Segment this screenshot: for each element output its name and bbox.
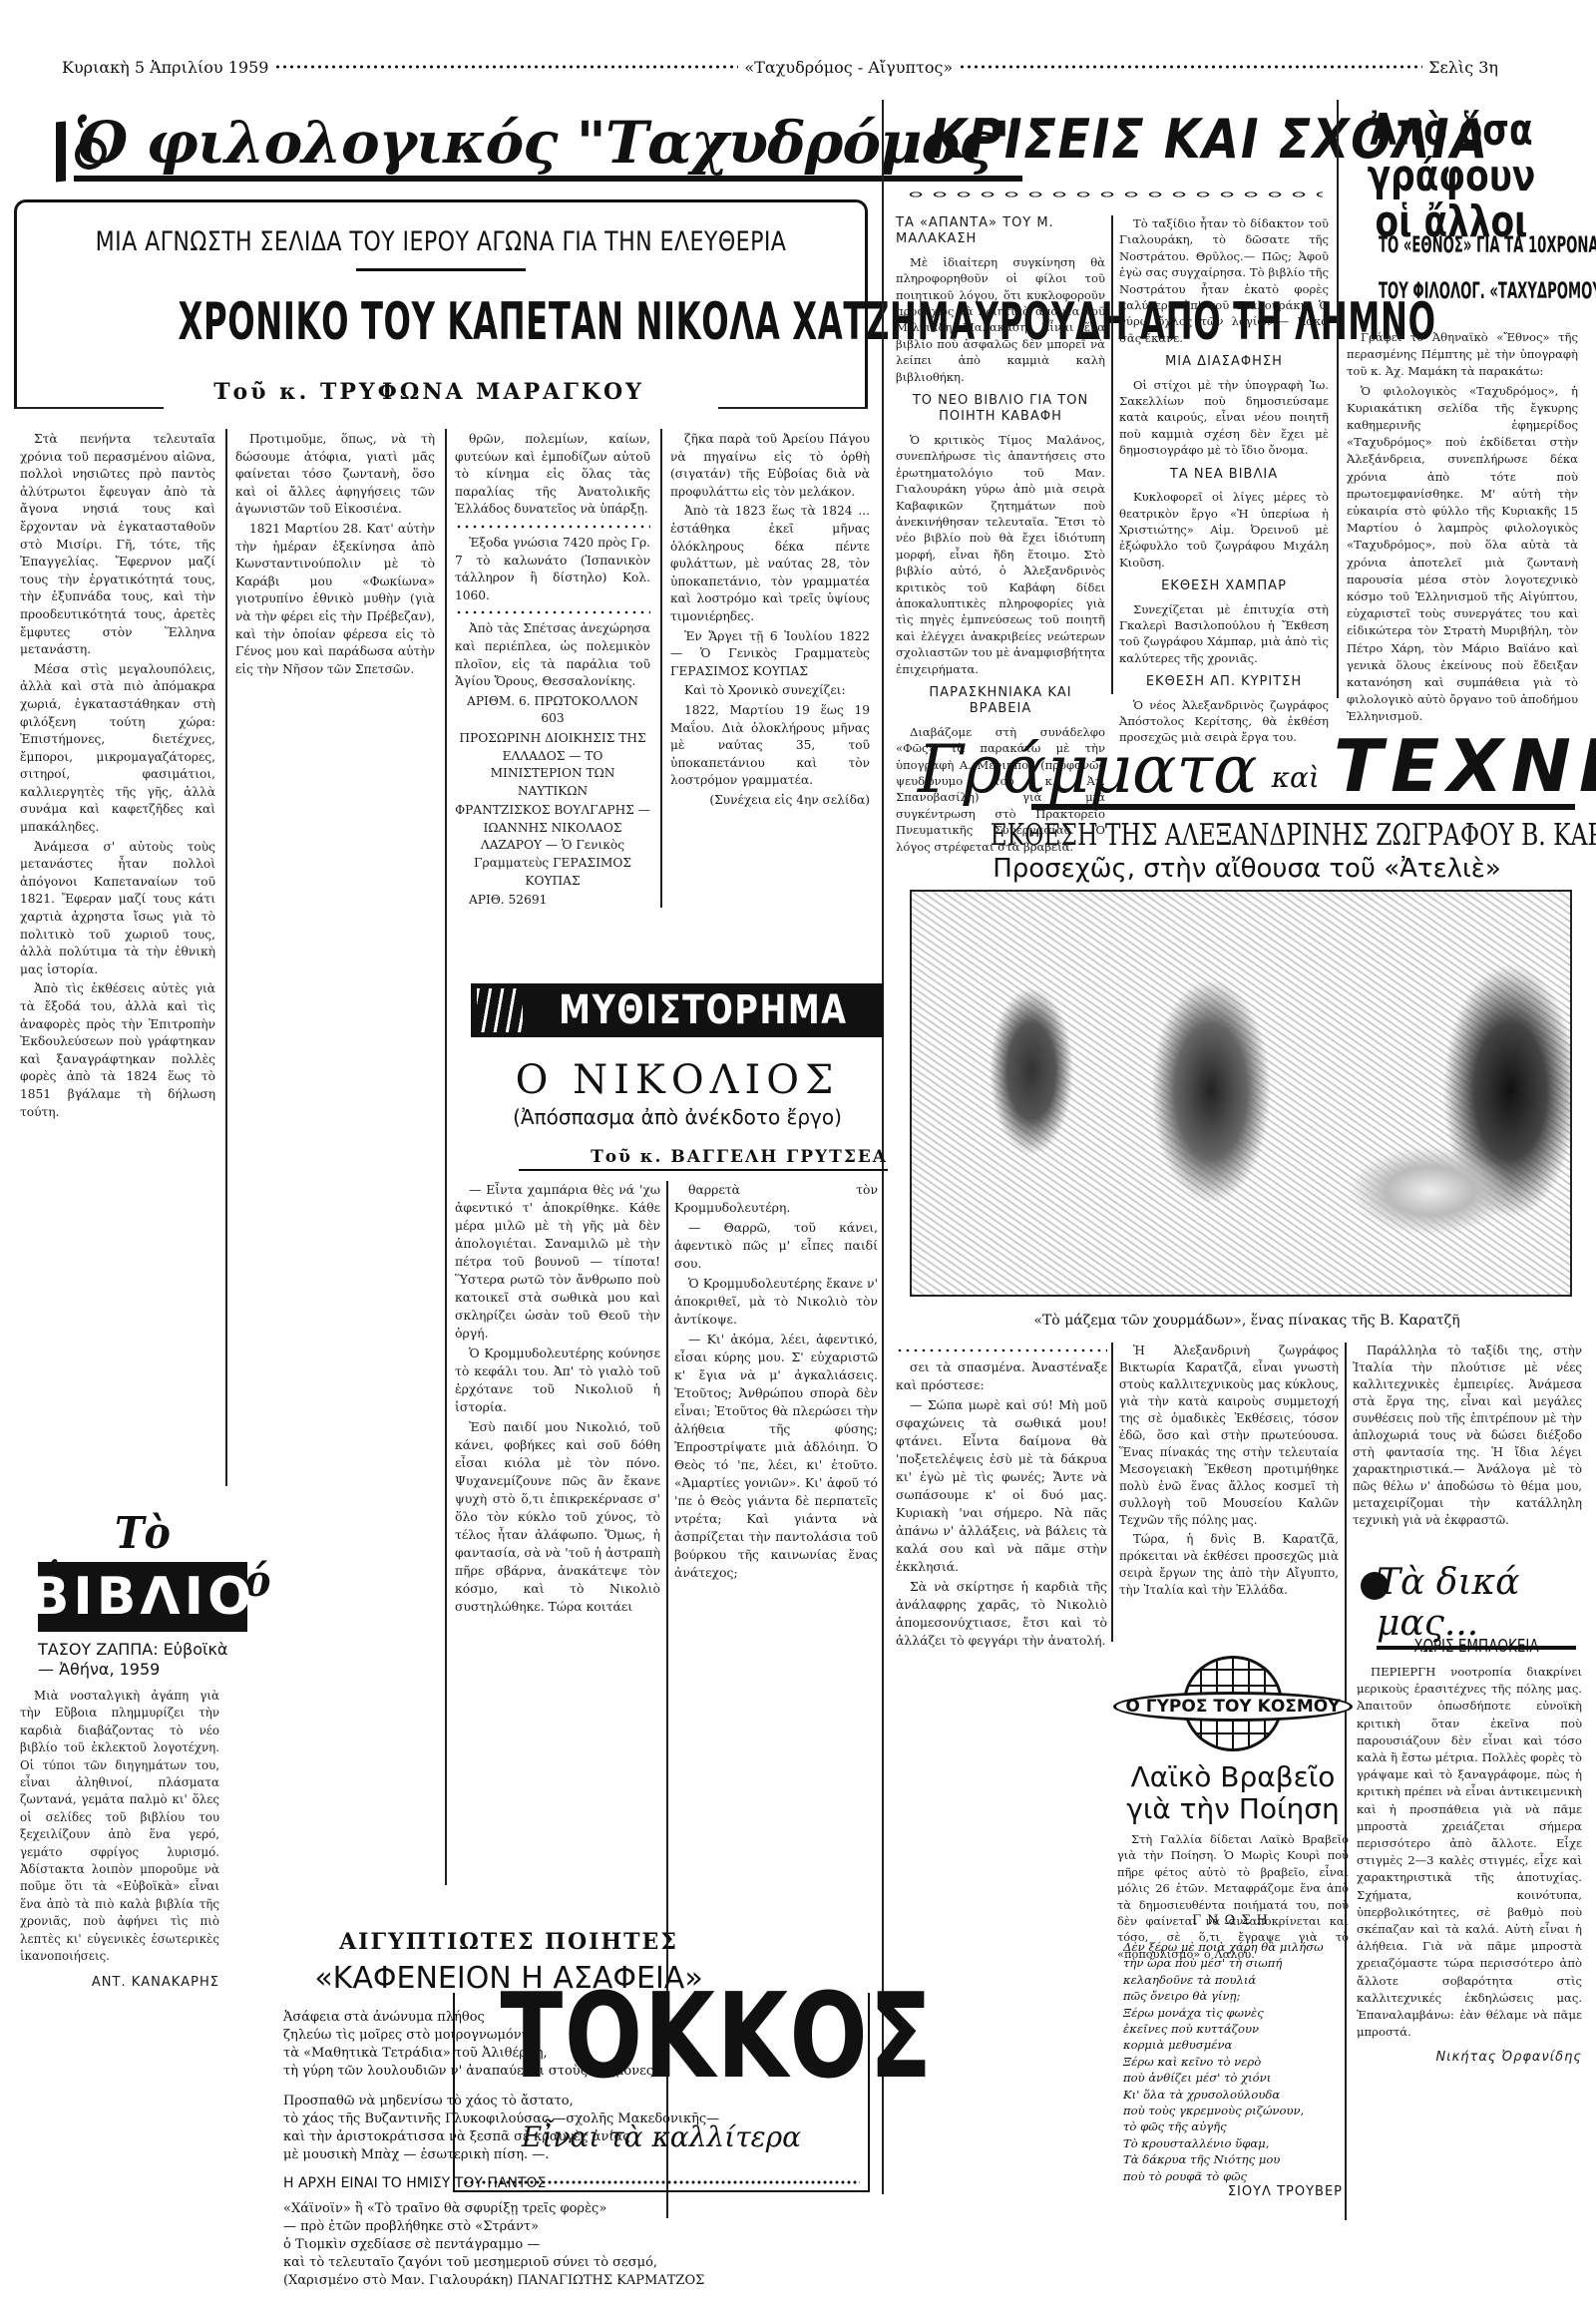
logo-text: Ο ΓΥΡΟΣ ΤΟΥ ΚΟΣΜΟΥ bbox=[1113, 1692, 1353, 1722]
paragraph: — Σώπα μωρὲ καὶ σύ! Μὴ μοῦ σφαχώνεις τὰ … bbox=[896, 1396, 1107, 1576]
paragraph: Ὁ Κρομμυδολευτέρης κούνησε τὸ κεφάλι του… bbox=[455, 1345, 660, 1416]
column-rule bbox=[1111, 215, 1113, 694]
paragraph: Ἡ Ἀλεξανδρινὴ ζωγράφος Βικτωρία Καρατζᾶ,… bbox=[1119, 1343, 1339, 1529]
novel-title: Ο ΝΙΚΟΛΙΟΣ bbox=[471, 1057, 884, 1103]
novel-continuation: σει τὰ σπασμένα. Ἀναστέναξε καὶ πρόστεσε… bbox=[896, 1343, 1107, 1652]
paragraph: ζῆκα παρὰ τοῦ Ἀρείου Πάγου νὰ πηγαίνω εἰ… bbox=[670, 431, 870, 501]
vivlio-block: ΒΙΒΛΙΟ bbox=[38, 1562, 247, 1632]
masthead-title: Ὁ φιλολογικός "Ταχυδρόμος" bbox=[74, 114, 1022, 182]
poem-line: πῶς ὄνειρο θὰ γίνῃ; bbox=[1123, 1988, 1343, 2004]
book-title: ΤΑΣΟΥ ΖΑΠΠΑ: Εὐβοϊκὰ — Ἀθήνα, 1959 bbox=[38, 1640, 247, 1680]
ad-slogan: Εἶναι τὰ καλλίτερα bbox=[455, 2120, 868, 2153]
apo-osa-body: Γράφει τὸ Ἀθηναϊκὸ «Ἔθνος» τῆς περασμένη… bbox=[1347, 329, 1578, 728]
paragraph: 1821 Μαρτίου 28. Κατ' αὐτὴν τὴν ἡμέραν ἐ… bbox=[235, 521, 435, 678]
poem-author: ΣΙΟΥΛ ΤΡΟΥΒΕΡ bbox=[1123, 2184, 1343, 2200]
books-icon bbox=[477, 988, 523, 1032]
dika-mas-heading: ΧΩΡΙΣ ΕΜΠΛΟΚΕΙΑ bbox=[1401, 1636, 1551, 1657]
poem-line: Τὸ κρουσταλλένιο ὕφαμ, bbox=[1123, 2135, 1343, 2151]
document-signatories: ΦΡΑΝΤΖΙΣΚΟΣ ΒΟΥΛΓΑΡΗΣ — ΙΩΑΝΝΗΣ ΝΙΚΟΛΑΟΣ… bbox=[455, 802, 650, 890]
kriseis-column-2: Τὸ ταξίδιο ἦταν τὸ δίδακτον τοῦ Γιαλουρά… bbox=[1119, 215, 1329, 748]
paragraph: Ὁ Κρομμυδολευτέρης ἔκανε ν' ἀποκριθεῖ, μ… bbox=[674, 1275, 878, 1329]
paragraph: Μέσα στὶς μεγαλουπόλεις, ἀλλὰ καὶ στὰ πι… bbox=[20, 661, 215, 837]
wavy-rule bbox=[904, 188, 1323, 201]
gyros-logo: Ο ΓΥΡΟΣ ΤΟΥ ΚΟΣΜΟΥ bbox=[1113, 1656, 1353, 1751]
kriseis-title: ΚΡΙΣΕΙΣ ΚΑΙ ΣΧΟΛΙΑ bbox=[930, 108, 1306, 197]
exhibition-subhead: Προσεχῶς, στὴν αἴθουσα τοῦ «Ἀτελιὲ» bbox=[918, 854, 1576, 884]
paragraph: Ἐξοδα γνώσια 7420 πρὸς Γρ. 7 τὸ καλωνάτο… bbox=[455, 535, 650, 604]
poem-gnosi: Δὲν ξέρω μὲ ποιὰ χάρη θὰ μιλήσω τὴν ὥρα … bbox=[1123, 1939, 1343, 2201]
lead-story-headbox: ΜΙΑ ΑΓΝΩΣΤΗ ΣΕΛΙΔΑ ΤΟΥ ΙΕΡΟΥ ΑΓΩΝΑ ΓΙΑ Τ… bbox=[14, 199, 868, 409]
paragraph: ΠΕΡΙΕΡΓΗ νοοτροπία διακρίνει μερικοὺς ἐρ… bbox=[1357, 1664, 1582, 2041]
signature: Νικήτας Ὀρφανίδης bbox=[1357, 2049, 1582, 2066]
subhead-line: ΤΟΥ ΦΙΛΟΛΟΓ. «ΤΑΧΥΔΡΟΜΟΥ» bbox=[1379, 269, 1534, 315]
paragraph: Οἱ στίχοι μὲ τὴν ὑπογραφὴ Ἰω. Σακελλίων … bbox=[1119, 377, 1329, 459]
section-heading: ΕΚΘΕΣΗ ΑΠ. ΚΥΡΙΤΣΗ bbox=[1119, 674, 1329, 690]
camera-logo-icon bbox=[56, 121, 66, 182]
lead-byline: Τοῦ κ. ΤΡΥΦΩΝΑ ΜΑΡΑΓΚΟΥ bbox=[180, 379, 678, 405]
exhibition-headline: ΕΚΘΕΣΗ ΤΗΣ ΑΛΕΞΑΝΔΡΙΝΗΣ ΖΩΓΡΑΦΟΥ Β. ΚΑΡΑ… bbox=[991, 818, 1504, 853]
poem-line: ποὺ τὸ ρουφᾶ τὸ φῶς bbox=[1123, 2168, 1343, 2184]
continued-note: (Συνέχεια εἰς 4ην σελίδα) bbox=[670, 792, 870, 810]
issue-date: Κυριακὴ 5 Ἀπριλίου 1959 bbox=[62, 58, 268, 77]
paragraph: Μὲ ἰδιαίτερη συγκίνηση θὰ πληροφορηθοῦν … bbox=[896, 254, 1105, 385]
poem-line: Ξέρω μονάχα τὶς φωνὲς bbox=[1123, 2005, 1343, 2021]
dotted-rule bbox=[959, 65, 1422, 69]
lead-column-2: Προτιμοῦμε, ὅπως, νὰ τὴ δώσουμε ἀτόφια, … bbox=[235, 431, 435, 680]
book-review: Μιὰ νοσταλγικὴ ἀγάπη γιὰ τὴν Εὔβοια πλημ… bbox=[20, 1688, 219, 1991]
signature: ΑΝΤ. ΚΑΝΑΚΑΡΗΣ bbox=[20, 1974, 219, 1991]
title-line: γιὰ τὴν Ποίηση bbox=[1113, 1793, 1353, 1825]
poem-line: τὸ φῶς τῆς αὐγῆς bbox=[1123, 2118, 1343, 2134]
paragraph: — Εἶντα χαμπάρια θὲς νά 'χω ἀφεντικό τ' … bbox=[455, 1181, 660, 1343]
dotted-rule bbox=[455, 525, 650, 529]
title-script: Γράμματα bbox=[918, 731, 1258, 808]
poem-line: καὶ τὸ τελευταῖο ζαγόνι τοῦ μεσημεριοῦ σ… bbox=[283, 2254, 762, 2272]
column-rule bbox=[225, 429, 227, 1486]
novel-column-2: θαρρετὰ τὸν Κρομμυδολευτέρη. — Θαρρῶ, το… bbox=[674, 1181, 878, 1584]
paragraph: σει τὰ σπασμένα. Ἀναστέναξε καὶ πρόστεσε… bbox=[896, 1358, 1107, 1394]
paragraph: Τώρα, ἡ δνὶς Β. Καρατζᾶ, πρόκειται νὰ ἐκ… bbox=[1119, 1531, 1339, 1599]
lead-column-1: Στὰ πενήντα τελευταῖα χρόνια τοῦ περασμέ… bbox=[20, 431, 215, 1123]
title-line: Ἀπὸ ὅσα bbox=[1362, 108, 1540, 154]
lead-column-3: θρῶν, πολεμίων, καίων, φυτεύων καὶ ἐμποδ… bbox=[455, 431, 650, 912]
paragraph: Ὁ φιλολογικὸς «Ταχυδρόμος», ἡ Κυριακάτικ… bbox=[1347, 383, 1578, 726]
paragraph: Ἀπὸ τὶς ἐκθέσεις αὐτὲς γιὰ τὰ ἔξοδά του,… bbox=[20, 980, 215, 1121]
poem-line: Κι' ὅλα τὰ χρυσολούλουδα bbox=[1123, 2087, 1343, 2103]
mythistorima-banner: ΜΥΘΙΣΤΟΡΗΜΑ bbox=[471, 983, 884, 1037]
dateline-bar: Κυριακὴ 5 Ἀπριλίου 1959 «Ταχυδρόμος - Αἴ… bbox=[62, 54, 1498, 80]
paragraph: Προτιμοῦμε, ὅπως, νὰ τὴ δώσουμε ἀτόφια, … bbox=[235, 431, 435, 519]
paper-name: «Ταχυδρόμος - Αἴγυπτος» bbox=[744, 58, 953, 77]
dika-mas-body: ΠΕΡΙΕΡΓΗ νοοτροπία διακρίνει μερικοὺς ἐρ… bbox=[1357, 1664, 1582, 2067]
novel-byline: Τοῦ κ. ΒΑΓΓΕΛΗ ΓΡΥΤΣΕΑ bbox=[519, 1147, 888, 1171]
novel-column-1: — Εἶντα χαμπάρια θὲς νά 'χω ἀφεντικό τ' … bbox=[455, 1181, 660, 1618]
painting-image bbox=[910, 890, 1572, 1297]
column-rule bbox=[445, 429, 447, 1885]
paragraph: Τὸ ταξίδιο ἦταν τὸ δίδακτον τοῦ Γιαλουρά… bbox=[1119, 215, 1329, 346]
paragraph: Στὰ πενήντα τελευταῖα χρόνια τοῦ περασμέ… bbox=[20, 431, 215, 659]
divider bbox=[14, 407, 164, 409]
poem-line: Ξέρω καὶ κεῖνο τὸ νερὸ bbox=[1123, 2054, 1343, 2070]
poetry-prize-title: Λαϊκὸ Βραβεῖο γιὰ τὴν Ποίηση bbox=[1113, 1761, 1353, 1825]
paragraph: Συνεχίζεται μὲ ἐπιτυχία στὴ Γκαλερὶ Βασι… bbox=[1119, 601, 1329, 667]
section-heading: ΜΙΑ ΔΙΑΣΑΦΗΣΗ bbox=[1119, 354, 1329, 370]
section-heading: ΕΚΘΕΣΗ ΧΑΜΠΑΡ bbox=[1119, 578, 1329, 594]
divider bbox=[356, 268, 526, 271]
poem-line: τὴν ὥρα ποὺ μέσ' τὴ σιωπή bbox=[1123, 1955, 1343, 1971]
paragraph: — Θαρρῶ, τοῦ κάνει, ἀφεντικὸ πῶς μ' εἶπε… bbox=[674, 1219, 878, 1273]
section-heading: ΤΑ «ΑΠΑΝΤΑ» ΤΟΥ Μ. ΜΑΛΑΚΑΣΗ bbox=[896, 215, 1105, 248]
tokkos-advertisement: ΤΟΚΚΟΣ Εἶναι τὰ καλλίτερα bbox=[453, 1993, 870, 2192]
poem-line: ἐκεῖνες ποὺ κυττάζουν bbox=[1123, 2021, 1343, 2037]
divider bbox=[1031, 804, 1575, 810]
paragraph: Σὰ νὰ σκίρτησε ἡ καρδιὰ τῆς ἀνάλαφρης χα… bbox=[896, 1578, 1107, 1650]
dotted-rule bbox=[463, 2180, 860, 2184]
banner-text: ΜΥΘΙΣΤΟΡΗΜΑ bbox=[559, 987, 847, 1033]
poem-line: ποὺ τοὺς γκρεμνοὺς ριζώνουν, bbox=[1123, 2103, 1343, 2118]
paragraph: Ἀνάμεσα σ' αὐτοὺς τοὺς μετανάστες ἦταν π… bbox=[20, 839, 215, 979]
lead-column-4: ζῆκα παρὰ τοῦ Ἀρείου Πάγου νὰ πηγαίνω εἰ… bbox=[670, 431, 870, 811]
document-header: ΠΡΟΣΩΡΙΝΗ ΔΙΟΙΚΗΣΙΣ ΤΗΣ ΕΛΛΑΔΟΣ — ΤΟ ΜΙΝ… bbox=[455, 730, 650, 800]
column-rule bbox=[660, 429, 662, 908]
ad-brand: ΤΟΚΚΟΣ bbox=[501, 1977, 823, 2095]
paragraph: θρῶν, πολεμίων, καίων, φυτεύων καὶ ἐμποδ… bbox=[455, 431, 650, 519]
paragraph: Ἀπὸ τὰ 1823 ἕως τὰ 1824 ... ἐστάθηκα ἐκε… bbox=[670, 503, 870, 625]
dotted-rule bbox=[455, 610, 650, 614]
title-line: Λαϊκὸ Βραβεῖο bbox=[1113, 1761, 1353, 1793]
document-ref: ΑΡΙΘΜ. 6. ΠΡΩΤΟΚΟΛΛΟΝ 603 bbox=[455, 693, 650, 728]
poem-title-gnosi: ΓΝΩΣΗ bbox=[1113, 1913, 1353, 1928]
paragraph: Ἀπὸ τὰς Σπέτσας ἀνεχώρησα καὶ περιέπλεα,… bbox=[455, 620, 650, 690]
poem-line: ποὺ ἀνθίζει μέσ' τὸ χιόνι bbox=[1123, 2070, 1343, 2086]
poem-line: κορμιὰ μεθυσμένα bbox=[1123, 2037, 1343, 2053]
poem-signature: (Χαρισμένο στὸ Μαν. Γιαλουράκη) ΠΑΝΑΓΙΩΤ… bbox=[283, 2272, 762, 2290]
masthead: Ὁ φιλολογικός "Ταχυδρόμος" bbox=[56, 104, 814, 182]
poem-line: — πρὸ ἐτῶν προβλήθηκε στὸ «Στράντ» bbox=[283, 2218, 762, 2236]
paragraph: — Κι' ἀκόμα, λέει, ἀφεντικό, εἶσαι κύρης… bbox=[674, 1331, 878, 1582]
title-bold: ΤΕΧΝΕΣ bbox=[1334, 724, 1596, 808]
poem-line: Τὰ δάκρυα τῆς Νιότης μου bbox=[1123, 2151, 1343, 2167]
paragraph: Γράφει τὸ Ἀθηναϊκὸ «Ἔθνος» τῆς περασμένη… bbox=[1347, 329, 1578, 381]
paragraph: 1822, Μαρτίου 19 ἕως 19 Μαΐου. Διὰ ὁλοκλ… bbox=[670, 702, 870, 790]
page-number: Σελὶς 3η bbox=[1428, 58, 1498, 77]
paragraph: Ὁ κριτικὸς Τίμος Μαλάνος, συνεπλήρωσε τὶ… bbox=[896, 432, 1105, 677]
poem-line: «Χάϊνοϊν» ἢ «Τὸ τραῖνο θὰ σφυρίξῃ τρεῖς … bbox=[283, 2200, 762, 2218]
paragraph: θαρρετὰ τὸν Κρομμυδολευτέρη. bbox=[674, 1181, 878, 1217]
paragraph: Ἐν Ἄργει τῇ 6 Ἰουλίου 1822 — Ὁ Γενικὸς Γ… bbox=[670, 628, 870, 681]
painting-caption: «Τὸ μάζεμα τῶν χουρμάδων», ἕνας πίνακας … bbox=[918, 1313, 1576, 1329]
exhibition-body-1: Ἡ Ἀλεξανδρινὴ ζωγράφος Βικτωρία Καρατζᾶ,… bbox=[1119, 1343, 1339, 1601]
poem-line: ὁ Τιομκὶν σχεδίασε σὲ πεντάγραμμο — bbox=[283, 2236, 762, 2254]
dotted-rule bbox=[274, 65, 738, 69]
document-ref: ΑΡΙΘ. 52691 bbox=[455, 892, 650, 910]
paragraph: Παράλληλα τὸ ταξίδι της, στὴν Ἰταλία τὴν… bbox=[1353, 1343, 1582, 1529]
poem-line: Δὲν ξέρω μὲ ποιὰ χάρη θὰ μιλήσω bbox=[1123, 1939, 1343, 1955]
lead-headline: ΧΡΟΝΙΚΟ ΤΟΥ ΚΑΠΕΤΑΝ ΝΙΚΟΛΑ ΧΑΤΖΗΜΑΥΡΟΥΔΗ… bbox=[179, 292, 704, 352]
exhibition-body-2: Παράλληλα τὸ ταξίδι της, στὴν Ἰταλία τὴν… bbox=[1353, 1343, 1582, 1531]
poem-line: κελαηδοῦνε τὰ πουλιά bbox=[1123, 1972, 1343, 1988]
grammata-texnes-title: Γράμματα καὶ ΤΕΧΝΕΣ bbox=[918, 708, 1576, 808]
paragraph: Κυκλοφορεῖ οἱ λίγες μέρες τὸ θεατρικὸν ἔ… bbox=[1119, 489, 1329, 571]
section-heading: ΤΑ ΝΕΑ ΒΙΒΛΙΑ bbox=[1119, 467, 1329, 483]
section-heading: ΤΟ ΝΕΟ ΒΙΒΛΙΟ ΓΙΑ ΤΟΝ ΠΟΙΗΤΗ ΚΑΒΑΦΗ bbox=[896, 393, 1105, 426]
paragraph: Μιὰ νοσταλγικὴ ἀγάπη γιὰ τὴν Εὔβοια πλημ… bbox=[20, 1688, 219, 1966]
apo-osa-subhead: ΤΟ «ΕΘΝΟΣ» ΓΙΑ ΤΑ 10ΧΡΟΝΑ ΤΟΥ ΦΙΛΟΛΟΓ. «… bbox=[1379, 223, 1534, 315]
column-rule bbox=[1337, 100, 1339, 698]
dotted-rule bbox=[896, 1348, 1107, 1352]
column-rule bbox=[1111, 1343, 1113, 1642]
paragraph: Ἐσὺ παιδί μου Νικολιό, τοῦ κάνει, φοβήκε… bbox=[455, 1418, 660, 1616]
title-kai: καὶ bbox=[1272, 761, 1320, 794]
lead-kicker: ΜΙΑ ΑΓΝΩΣΤΗ ΣΕΛΙΔΑ ΤΟΥ ΙΕΡΟΥ ΑΓΩΝΑ ΓΙΑ Τ… bbox=[94, 226, 789, 257]
novel-subtitle: (Ἀπόσπασμα ἀπὸ ἀνέκδοτο ἔργο) bbox=[471, 1105, 884, 1129]
poets-heading: ΑΙΓΥΠΤΙΩΤΕΣ ΠΟΙΗΤΕΣ bbox=[259, 1929, 758, 1955]
subhead-line: ΤΟ «ΕΘΝΟΣ» ΓΙΑ ΤΑ 10ΧΡΟΝΑ bbox=[1379, 223, 1534, 269]
paragraph: Καὶ τὸ Χρονικὸ συνεχίζει: bbox=[670, 682, 870, 700]
divider bbox=[718, 407, 868, 409]
